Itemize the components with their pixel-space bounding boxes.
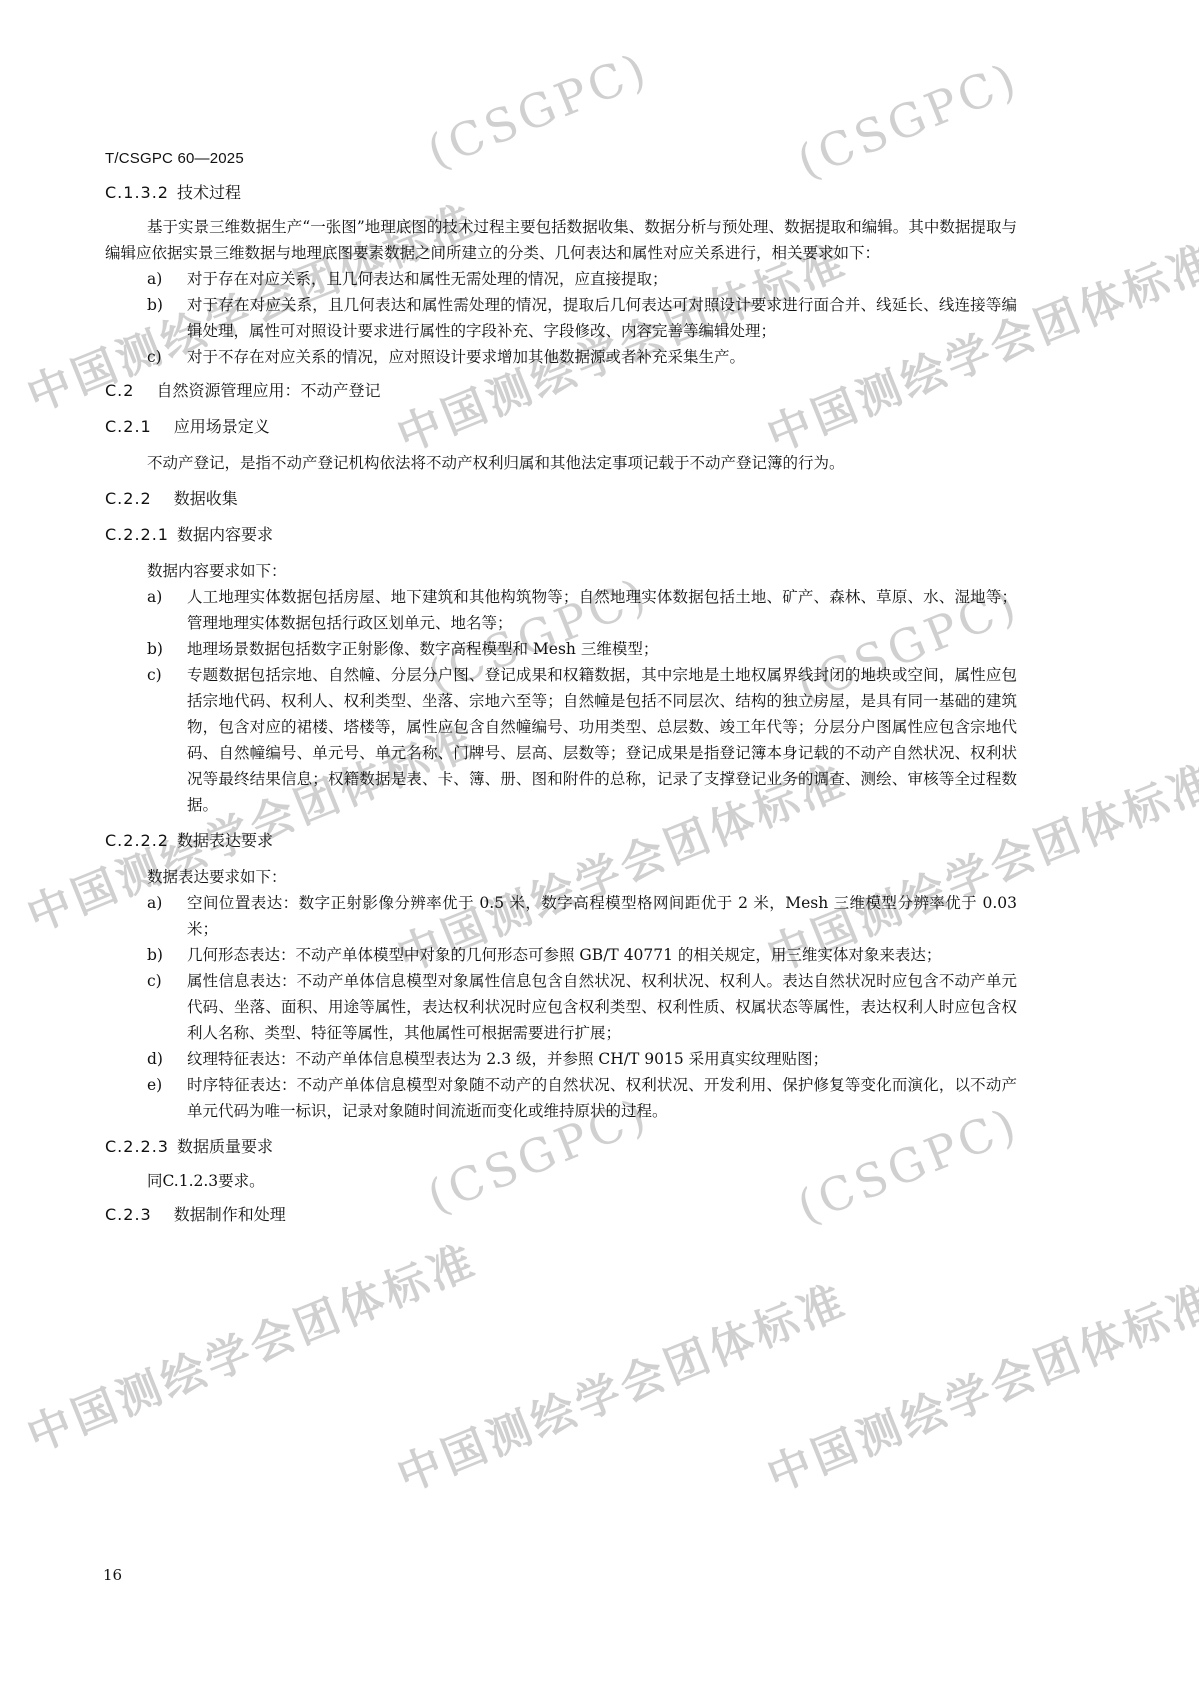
list-item: d) 纹理特征表达：不动产单体信息模型表达为 2.3 级，并参照 CH/T 90… (105, 1046, 1017, 1072)
list-item: a) 人工地理实体数据包括房屋、地下建筑和其他构筑物等；自然地理实体数据包括土地… (105, 584, 1017, 636)
watermark-code-text: (CSGPC) (790, 51, 1027, 189)
list-text: 专题数据包括宗地、自然幢、分层分户图、登记成果和权籍数据，其中宗地是土地权属界线… (187, 666, 1017, 814)
section-title: 技术过程 (177, 183, 241, 202)
section-title: 数据表达要求 (177, 831, 273, 850)
section-title: 应用场景定义 (174, 417, 270, 436)
list-label: c) (147, 662, 162, 688)
section-number: C.2.2.2 (105, 828, 169, 854)
list-text: 几何形态表达：不动产单体模型中对象的几何形态可参照 GB/T 40771 的相关… (187, 946, 941, 964)
section-heading-c2-1: C.2.1应用场景定义 (105, 414, 1017, 440)
list-item: b) 对于存在对应关系，且几何表达和属性需处理的情况，提取后几何表达可对照设计要… (105, 292, 1017, 344)
list-item: b) 几何形态表达：不动产单体模型中对象的几何形态可参照 GB/T 40771 … (105, 942, 1017, 968)
watermark-code-text: (CSGPC) (420, 41, 657, 179)
watermark-code: (CSGPC) (790, 51, 1027, 189)
section-heading-c1-3-2: C.1.3.2技术过程 (105, 180, 1017, 206)
list-text: 对于不存在对应关系的情况，应对照设计要求增加其他数据源或者补充采集生产。 (187, 348, 745, 366)
section-title: 自然资源管理应用：不动产登记 (156, 381, 380, 400)
standard-code: T/CSGPC 60—2025 (105, 150, 244, 167)
list-label: e) (147, 1072, 162, 1098)
section-heading-c2-2-3: C.2.2.3数据质量要求 (105, 1134, 1017, 1160)
list-label: a) (147, 266, 162, 292)
section-title: 数据制作和处理 (174, 1205, 286, 1224)
section-number: C.2.2.3 (105, 1134, 169, 1160)
list-intro: 数据表达要求如下： (105, 864, 1017, 890)
list-item: c) 对于不存在对应关系的情况，应对照设计要求增加其他数据源或者补充采集生产。 (105, 344, 1017, 370)
list-item: c) 属性信息表达：不动产单体信息模型对象属性信息包含自然状况、权利状况、权利人… (105, 968, 1017, 1046)
list-item: b) 地理场景数据包括数字正射影像、数字高程模型和 Mesh 三维模型； (105, 636, 1017, 662)
paragraph: 不动产登记，是指不动产登记机构依法将不动产权利归属和其他法定事项记载于不动产登记… (105, 450, 1017, 476)
list-label: c) (147, 344, 162, 370)
list-text: 空间位置表达：数字正射影像分辨率优于 0.5 米，数字高程模型格网间距优于 2 … (187, 894, 1017, 938)
section-heading-c2-2: C.2.2数据收集 (105, 486, 1017, 512)
list-item: c) 专题数据包括宗地、自然幢、分层分户图、登记成果和权籍数据，其中宗地是土地权… (105, 662, 1017, 818)
watermark-code: (CSGPC) (420, 41, 657, 179)
section-number: C.2.2 (105, 486, 152, 512)
list-label: b) (147, 292, 163, 318)
paragraph: 基于实景三维数据生产“一张图”地理底图的技术过程主要包括数据收集、数据分析与预处… (105, 214, 1017, 266)
list-text: 对于存在对应关系，且几何表达和属性需处理的情况，提取后几何表达可对照设计要求进行… (187, 296, 1017, 340)
watermark-text: 中国测绘学会团体标准 (20, 1235, 484, 1462)
list-label: a) (147, 584, 162, 610)
list-text: 人工地理实体数据包括房屋、地下建筑和其他构筑物等；自然地理实体数据包括土地、矿产… (187, 588, 1017, 632)
document-body: C.1.3.2技术过程 基于实景三维数据生产“一张图”地理底图的技术过程主要包括… (105, 180, 1017, 1228)
list-item: a) 空间位置表达：数字正射影像分辨率优于 0.5 米，数字高程模型格网间距优于… (105, 890, 1017, 942)
list-label: c) (147, 968, 162, 994)
list-text: 时序特征表达：不动产单体信息模型对象随不动产的自然状况、权利状况、开发利用、保护… (187, 1076, 1017, 1120)
list-label: d) (147, 1046, 163, 1072)
section-title: 数据质量要求 (177, 1137, 273, 1156)
watermark: 中国测绘学会团体标准 (756, 1265, 1199, 1504)
watermark: 中国测绘学会团体标准 (16, 1225, 485, 1464)
list-item: a) 对于存在对应关系，且几何表达和属性无需处理的情况，应直接提取； (105, 266, 1017, 292)
section-heading-c2-2-2: C.2.2.2数据表达要求 (105, 828, 1017, 854)
list-intro: 数据内容要求如下： (105, 558, 1017, 584)
watermark-text: 中国测绘学会团体标准 (760, 1275, 1199, 1502)
section-number: C.2.1 (105, 414, 152, 440)
list-text: 地理场景数据包括数字正射影像、数字高程模型和 Mesh 三维模型； (187, 640, 658, 658)
section-title: 数据内容要求 (177, 525, 273, 544)
list-label: b) (147, 942, 163, 968)
document-page: 中国测绘学会团体标准 (CSGPC) 中国测绘学会团体标准 (CSGPC) 中国… (0, 0, 1199, 1696)
list-label: a) (147, 890, 162, 916)
page-number: 16 (103, 1566, 122, 1584)
paragraph: 同C.1.2.3要求。 (105, 1168, 1017, 1194)
section-heading-c2: C.2自然资源管理应用：不动产登记 (105, 378, 1017, 404)
watermark: 中国测绘学会团体标准 (386, 1265, 855, 1504)
list-text: 属性信息表达：不动产单体信息模型对象属性信息包含自然状况、权利状况、权利人。表达… (187, 972, 1017, 1042)
section-number: C.1.3.2 (105, 180, 169, 206)
list-text: 纹理特征表达：不动产单体信息模型表达为 2.3 级，并参照 CH/T 9015 … (187, 1050, 828, 1068)
list-label: b) (147, 636, 163, 662)
section-title: 数据收集 (174, 489, 238, 508)
list-text: 对于存在对应关系，且几何表达和属性无需处理的情况，应直接提取； (187, 270, 668, 288)
watermark-text: 中国测绘学会团体标准 (390, 1275, 854, 1502)
section-heading-c2-2-1: C.2.2.1数据内容要求 (105, 522, 1017, 548)
section-number: C.2.3 (105, 1202, 152, 1228)
section-number: C.2.2.1 (105, 522, 169, 548)
list-item: e) 时序特征表达：不动产单体信息模型对象随不动产的自然状况、权利状况、开发利用… (105, 1072, 1017, 1124)
section-heading-c2-3: C.2.3数据制作和处理 (105, 1202, 1017, 1228)
section-number: C.2 (105, 378, 134, 404)
